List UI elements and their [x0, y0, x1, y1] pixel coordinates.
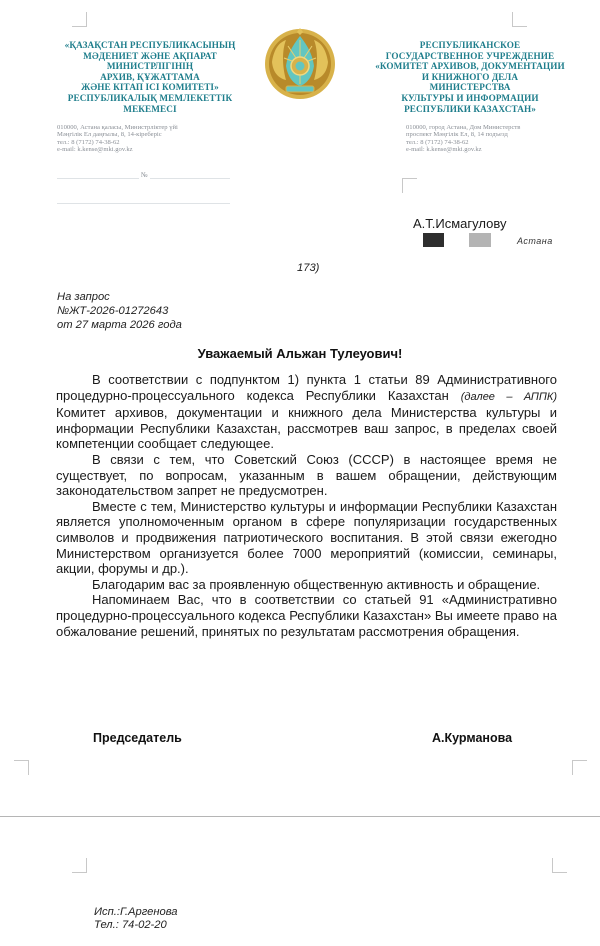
- executor-name: Исп.:Г.Аргенова: [94, 906, 178, 919]
- address-line: тел.: 8 (7172) 74-38-62: [57, 139, 178, 146]
- org-line: МӘДЕНИЕТ ЖӘНЕ АҚПАРАТ: [42, 51, 258, 62]
- org-line: РЕСПУБЛИКАНСКОЕ: [372, 40, 568, 51]
- redaction-block: [423, 233, 444, 247]
- state-emblem-icon: [264, 26, 336, 102]
- address-line: e-mail: k.kense@mki.gov.kz: [57, 146, 178, 153]
- signatory-name: А.Курманова: [432, 731, 512, 745]
- request-reference: На запрос №ЖТ-2026-01272643 от 27 марта …: [57, 290, 182, 332]
- paragraph-text: Комитет архивов, документации и книжного…: [56, 405, 557, 451]
- org-line: ЖӘНЕ КІТАП ІСІ КОМИТЕТІ»: [42, 82, 258, 93]
- page-corner-mark: [72, 858, 87, 873]
- address-line: 010000, Астана қаласы, Министрліктер үйі: [57, 124, 178, 131]
- address-line: e-mail: k.kense@mki.gov.kz: [406, 146, 520, 153]
- paragraph-4: Благодарим вас за проявленную общественн…: [56, 577, 557, 593]
- redaction-block: [469, 233, 491, 247]
- paragraph-3: Вместе с тем, Министерство культуры и ин…: [56, 499, 557, 577]
- page-corner-mark: [512, 12, 527, 27]
- page-corner-mark: [552, 858, 567, 873]
- paragraph-2: В связи с тем, что Советский Союз (СССР)…: [56, 452, 557, 499]
- reference-fragment: 173): [297, 261, 319, 275]
- paragraph-1: В соответствии с подпунктом 1) пункта 1 …: [56, 372, 557, 452]
- address-line: 010000, город Астана, Дом Министерств: [406, 124, 520, 131]
- address-line: тел.: 8 (7172) 74-38-62: [406, 139, 520, 146]
- request-number: №ЖТ-2026-01272643: [57, 304, 182, 318]
- paragraph-5: Напоминаем Вас, что в соответствии со ст…: [56, 592, 557, 639]
- page-corner-mark: [572, 760, 587, 775]
- letter-body: В соответствии с подпунктом 1) пункта 1 …: [56, 372, 557, 639]
- org-line: ГОСУДАРСТВЕННОЕ УЧРЕЖДЕНИЕ: [372, 51, 568, 62]
- recipient-name: А.Т.Исмагулову: [413, 216, 506, 231]
- org-line: РЕСПУБЛИКИ КАЗАХСТАН»: [372, 104, 568, 115]
- separator-line: [57, 203, 230, 204]
- signatory-role: Председатель: [93, 731, 182, 745]
- request-date: от 27 марта 2026 года: [57, 318, 182, 332]
- page-corner-mark: [72, 12, 87, 27]
- org-line: И КНИЖНОГО ДЕЛА: [372, 72, 568, 83]
- page-break: [0, 816, 600, 817]
- org-line: КУЛЬТУРЫ И ИНФОРМАЦИИ: [372, 93, 568, 104]
- org-line: МИНИСТРЛІГІНІҢ: [42, 61, 258, 72]
- request-label: На запрос: [57, 290, 182, 304]
- address-line: Мәңгілік Ел даңғылы, 8, 14-кіреберіс: [57, 131, 178, 138]
- abbreviation-note: (далее – АППК): [461, 391, 557, 403]
- salutation: Уважаемый Альжан Тулеуович!: [0, 346, 600, 361]
- org-line: АРХИВ, ҚҰЖАТТАМА: [42, 72, 258, 83]
- org-line: РЕСПУБЛИКАЛЫҚ МЕМЛЕКЕТТІК: [42, 93, 258, 104]
- address-line: проспект Мәңгілік Ел, 8, 14 подъезд: [406, 131, 520, 138]
- outgoing-date-line: [57, 178, 139, 179]
- org-line: «ҚАЗАҚСТАН РЕСПУБЛИКАСЫНЫҢ: [42, 40, 258, 51]
- number-sign: №: [141, 171, 148, 179]
- executor-info: Исп.:Г.Аргенова Тел.: 74-02-20: [94, 906, 178, 932]
- org-name-ru: РЕСПУБЛИКАНСКОЕ ГОСУДАРСТВЕННОЕ УЧРЕЖДЕН…: [372, 40, 568, 114]
- text-corner-mark: [402, 178, 417, 193]
- org-address-ru: 010000, город Астана, Дом Министерств пр…: [406, 124, 520, 154]
- executor-phone: Тел.: 74-02-20: [94, 919, 178, 932]
- org-address-kz: 010000, Астана қаласы, Министрліктер үйі…: [57, 124, 178, 154]
- org-name-kz: «ҚАЗАҚСТАН РЕСПУБЛИКАСЫНЫҢ МӘДЕНИЕТ ЖӘНЕ…: [42, 40, 258, 114]
- org-line: МЕКЕМЕСІ: [42, 104, 258, 115]
- outgoing-number-line: [150, 178, 230, 179]
- recipient-address-partial: Астана: [517, 236, 553, 246]
- org-line: МИНИСТЕРСТВА: [372, 82, 568, 93]
- page-corner-mark: [14, 760, 29, 775]
- org-line: «КОМИТЕТ АРХИВОВ, ДОКУМЕНТАЦИИ: [372, 61, 568, 72]
